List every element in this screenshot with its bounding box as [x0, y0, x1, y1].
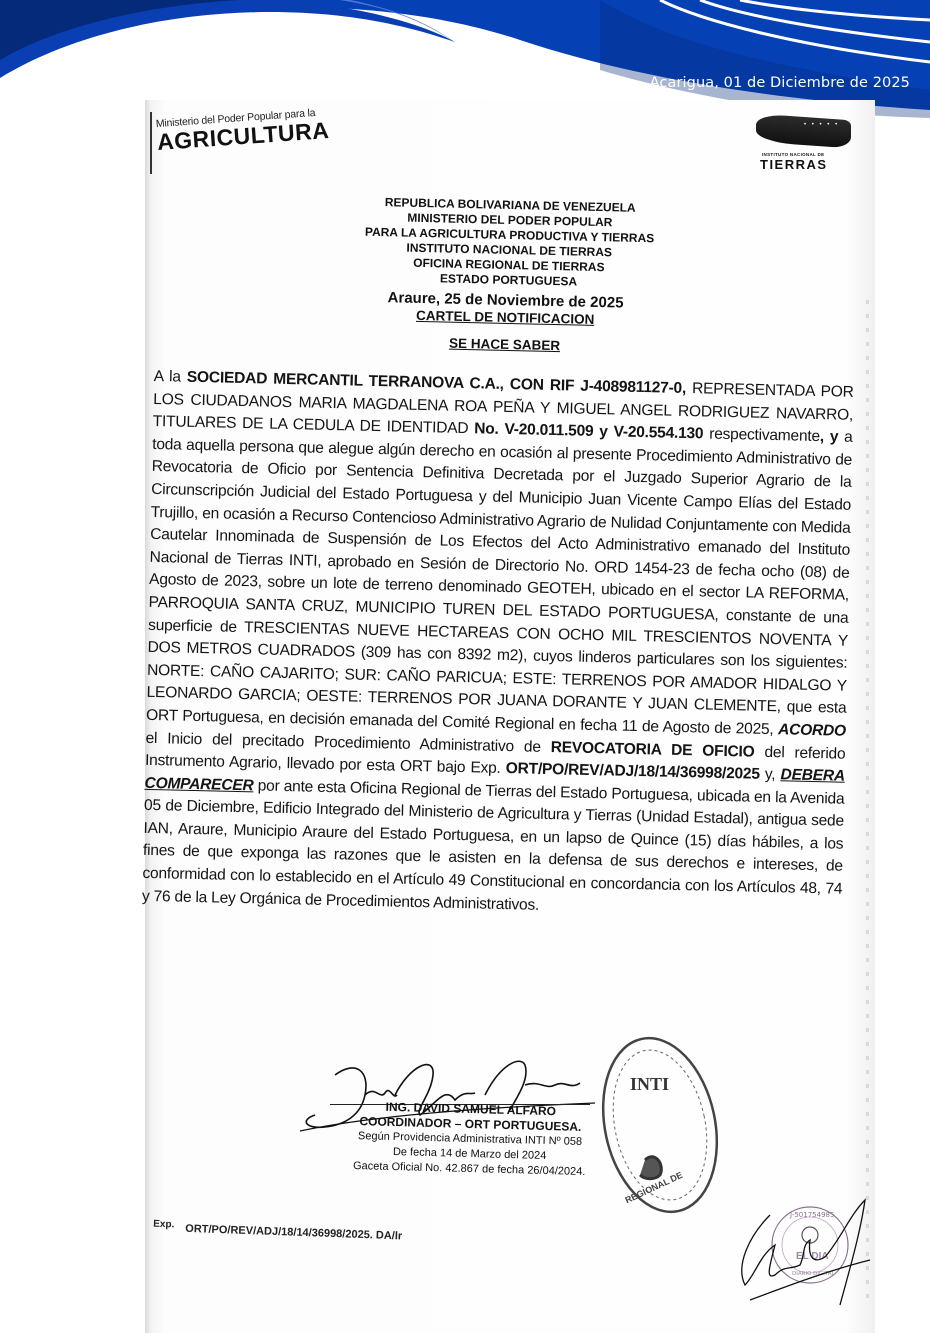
newspaper-seal-signature: J-501754985 EL DIA DIARIO DIGITAL: [730, 1195, 880, 1315]
svg-text:EL DIA: EL DIA: [796, 1251, 829, 1262]
document-subtitle: SE HACE SABER: [155, 329, 855, 360]
notification-paragraph: A la SOCIEDAD MERCANTIL TERRANOVA C.A., …: [142, 366, 854, 924]
official-stamp-icon: INTI REGIONAL DE: [585, 1030, 720, 1220]
paper-edge: [866, 300, 869, 1300]
signatory-block: ING. DAVID SAMUEL ALFARO COORDINADOR – O…: [319, 1098, 621, 1181]
logo-divider: [150, 112, 152, 174]
svg-text:J-501754985: J-501754985: [789, 1211, 834, 1219]
header-date: Acarigua, 01 de Diciembre de 2025: [650, 75, 910, 91]
expedient-label: Exp.: [153, 1219, 174, 1231]
stars-icon: • • • • •: [804, 122, 839, 128]
inti-tierras-logo: • • • • • INSTITUTO NACIONAL DE TIERRAS: [754, 112, 858, 172]
venezuela-flag-icon: [756, 114, 851, 149]
inti-logo-big: TIERRAS: [760, 157, 828, 172]
svg-text:INTI: INTI: [630, 1074, 669, 1094]
institution-heading: REPUBLICA BOLIVARIANA DE VENEZUELA MINIS…: [161, 190, 858, 296]
document-body: REPUBLICA BOLIVARIANA DE VENEZUELA MINIS…: [141, 190, 857, 940]
